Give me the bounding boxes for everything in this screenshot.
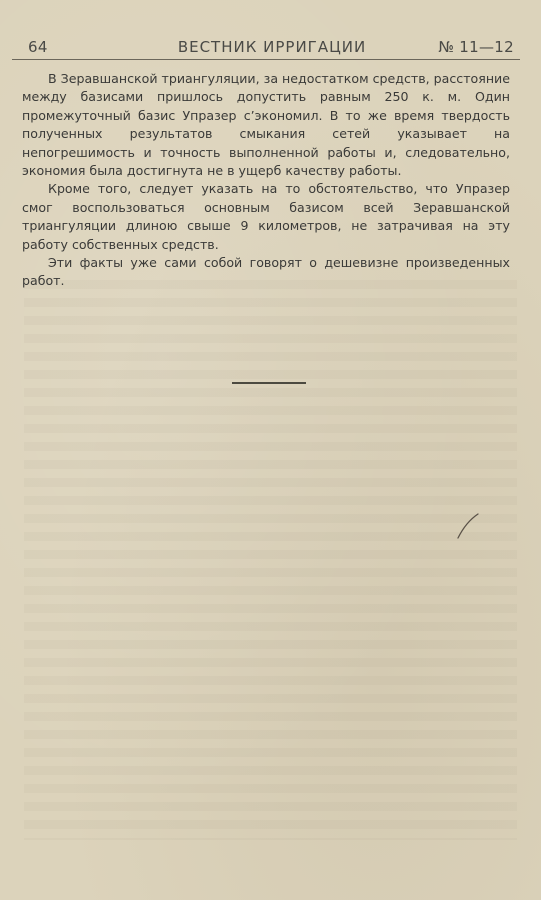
article-body: В Зеравшанской триангуляции, за недостат… xyxy=(22,70,510,291)
paragraph: Кроме того, следует указать на то обстоя… xyxy=(22,180,510,254)
pencil-mark-icon xyxy=(455,510,481,540)
header-rule xyxy=(12,59,520,60)
bleed-through-texture xyxy=(24,280,517,840)
running-header: 64 ВЕСТНИК ИРРИГАЦИИ № 11—12 xyxy=(22,36,522,58)
section-divider-icon xyxy=(232,382,306,384)
paragraph: Эти факты уже сами собой говорят о дешев… xyxy=(22,254,510,291)
paragraph: В Зеравшанской триангуляции, за недостат… xyxy=(22,70,510,180)
scanned-page: 64 ВЕСТНИК ИРРИГАЦИИ № 11—12 В Зеравшанс… xyxy=(0,0,541,900)
issue-number: № 11—12 xyxy=(438,38,514,56)
